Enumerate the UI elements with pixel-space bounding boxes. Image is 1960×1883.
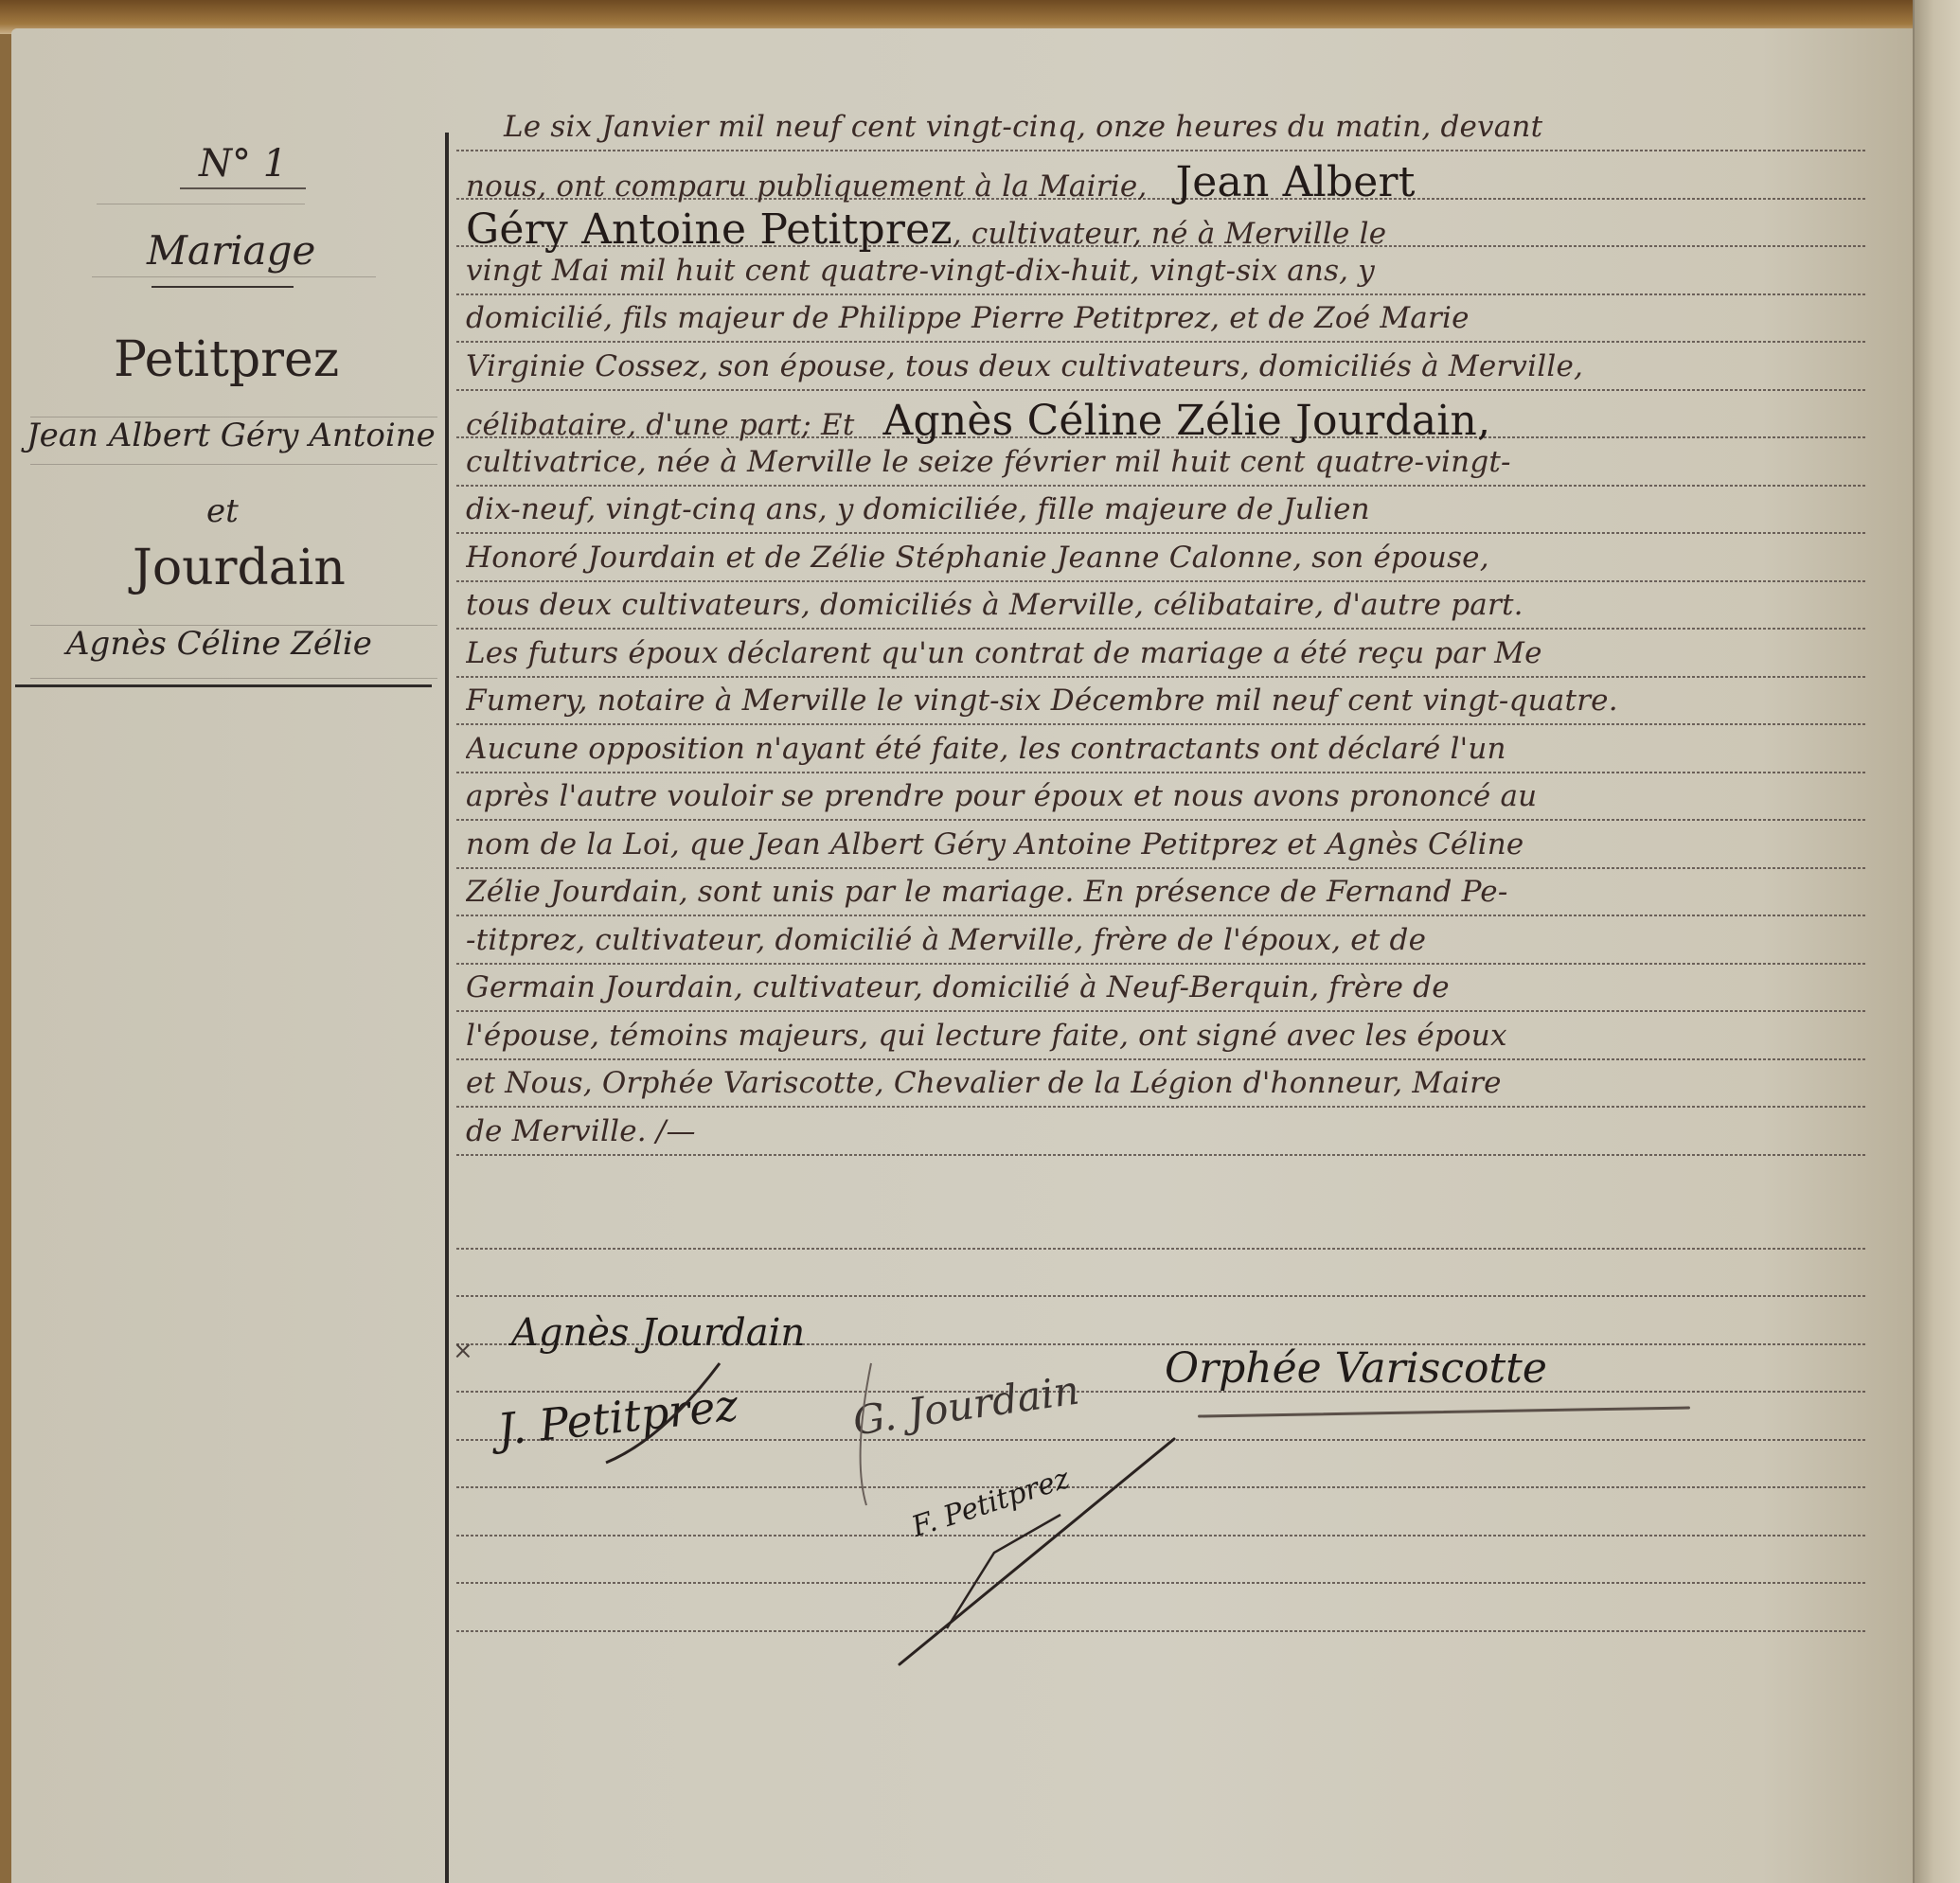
ruled-line-empty (456, 1248, 1867, 1250)
body-line: Fumery, notaire à Merville le vingt-six … (466, 684, 1867, 718)
body-line: Aucune opposition n'ayant été faite, les… (466, 732, 1867, 766)
body-line-text: nous, ont comparu publiquement à la Mair… (466, 169, 1147, 204)
body-line: -titprez, cultivateur, domicilié à Mervi… (466, 923, 1867, 957)
ruled-line (456, 772, 1867, 773)
ruled-line (456, 580, 1867, 582)
signature-mayor: Orphée Variscotte (1165, 1344, 1547, 1393)
body-line: de Merville. /— (466, 1114, 1867, 1148)
body-line: Honoré Jourdain et de Zélie Stéphanie Je… (466, 541, 1867, 575)
body-line: tous deux cultivateurs, domiciliés à Mer… (466, 588, 1867, 622)
body-line: domicilié, fils majeur de Philippe Pierr… (466, 301, 1867, 335)
ruled-line (456, 723, 1867, 725)
body-line: célibataire, d'une part; EtAgnès Céline … (466, 397, 1867, 445)
body-line: cultivatrice, née à Merville le seize fé… (466, 445, 1867, 479)
ruled-line (456, 485, 1867, 487)
ruled-line-empty (456, 1535, 1867, 1537)
ruled-line (456, 293, 1867, 295)
ruled-line (456, 1058, 1867, 1060)
ruled-line (456, 389, 1867, 391)
body-line: nom de la Loi, que Jean Albert Géry Anto… (466, 827, 1867, 862)
body-line: l'épouse, témoins majeurs, qui lecture f… (466, 1019, 1867, 1053)
act-body: Le six Janvier mil neuf cent vingt-cinq,… (0, 0, 1960, 1883)
ruled-line-empty (456, 1439, 1867, 1441)
ruled-line (456, 341, 1867, 343)
body-line-text: célibataire, d'une part; Et (466, 408, 854, 442)
name-emphasis: Jean Albert (1175, 158, 1415, 206)
ruled-line (456, 532, 1867, 534)
body-line: nous, ont comparu publiquement à la Mair… (466, 158, 1867, 206)
body-line: vingt Mai mil huit cent quatre-vingt-dix… (466, 254, 1867, 288)
ruled-line (456, 867, 1867, 869)
body-line: Zélie Jourdain, sont unis par le mariage… (466, 875, 1867, 909)
ruled-line-empty (456, 1295, 1867, 1297)
ruled-line-empty (456, 1630, 1867, 1632)
body-line: Virginie Cossez, son épouse, tous deux c… (466, 349, 1867, 383)
ruled-line (456, 1106, 1867, 1108)
ruled-line (456, 628, 1867, 630)
body-line: Germain Jourdain, cultivateur, domicilié… (466, 970, 1867, 1004)
body-line: Le six Janvier mil neuf cent vingt-cinq,… (466, 110, 1905, 144)
ruled-line (456, 963, 1867, 965)
body-line: Géry Antoine Petitprez, cultivateur, né … (466, 205, 1867, 254)
name-emphasis: Agnès Céline Zélie Jourdain, (882, 397, 1490, 445)
ruled-line-empty (456, 1582, 1867, 1584)
groom-name-emphasis: Géry Antoine Petitprez (466, 205, 953, 254)
signature-bride: Agnès Jourdain (511, 1311, 805, 1355)
ruled-line (456, 150, 1867, 151)
ruled-line (456, 676, 1867, 678)
body-line: Les futurs époux déclarent qu'un contrat… (466, 636, 1867, 670)
ruled-line (456, 915, 1867, 916)
body-line: et Nous, Orphée Variscotte, Chevalier de… (466, 1066, 1867, 1100)
ruled-line-empty (456, 1486, 1867, 1488)
ruled-line (456, 819, 1867, 821)
cross-mark: × (453, 1337, 473, 1365)
body-line-text: , cultivateur, né à Merville le (953, 217, 1387, 251)
body-line: dix-neuf, vingt-cinq ans, y domiciliée, … (466, 492, 1867, 526)
body-line: après l'autre vouloir se prendre pour ép… (466, 779, 1867, 813)
ruled-line (456, 1154, 1867, 1156)
ruled-line (456, 1010, 1867, 1012)
